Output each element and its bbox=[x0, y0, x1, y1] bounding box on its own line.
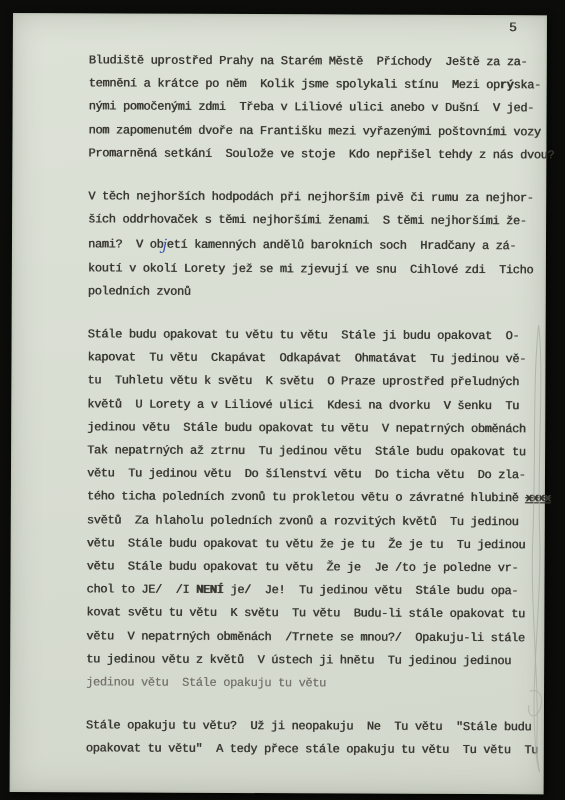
paragraph-4: Stále opakuju tu větu? Už ji neopakuju N… bbox=[86, 715, 565, 764]
paragraph-2: V těch nejhorších hodpodách při nejhorší… bbox=[88, 185, 565, 305]
typed-segment: etí kamenných andělů barokních soch Hrad… bbox=[167, 238, 516, 254]
typed-segment: opakovat tu větu" A tedy přece stále opa… bbox=[86, 742, 538, 758]
typed-line: nom zapomenutém dvoře na Františku mezi … bbox=[88, 119, 565, 144]
typed-segment: ších oddrhovaček s těmi nejhoršími ženam… bbox=[88, 213, 527, 229]
typed-segment: jedinou větu Stále budu opakovat tu větu… bbox=[87, 420, 526, 436]
typed-line: nými pomočenými zdmi Třeba v Liliové uli… bbox=[89, 96, 565, 121]
typed-segment: Bludiště uprostřed Prahy na Starém Městě… bbox=[89, 53, 528, 69]
typescript-page: 5 Bludiště uprostřed Prahy na Starém Měs… bbox=[10, 13, 547, 794]
typed-segment: NENÍ bbox=[196, 583, 223, 597]
typed-segment: Tak nepatrných až ztrnu Tu jedinou větu … bbox=[87, 443, 526, 459]
typed-line: Bludiště uprostřed Prahy na Starém Městě… bbox=[89, 49, 565, 74]
struck-out-text: xxxx bbox=[525, 492, 550, 506]
typed-segment: poledních zvonů bbox=[88, 284, 191, 298]
typed-line: jedinou větu Stále opakuju tu větu bbox=[86, 671, 565, 696]
typed-line: větu V nepatrných obměnách /Trnete se mn… bbox=[86, 625, 565, 650]
typescript-text: Bludiště uprostřed Prahy na Starém Městě… bbox=[86, 49, 565, 783]
typed-line: ších oddrhovaček s těmi nejhoršími ženam… bbox=[88, 209, 565, 234]
typed-line: větu Stále budu opakovat tu větu Že je J… bbox=[87, 555, 565, 580]
typed-line: tého ticha poledních zvonů tu prokletou … bbox=[87, 486, 565, 511]
typed-line: V těch nejhorších hodpodách při nejhorší… bbox=[88, 185, 565, 210]
typed-segment: chol to JE/ /I bbox=[86, 583, 196, 597]
typed-line: koutí v okolí Lorety jež se mi zjevují v… bbox=[88, 257, 565, 282]
typed-line: květů U Lorety a v Liliové ulici Kdesi n… bbox=[87, 393, 565, 418]
typed-segment: Promarněná setkání Soulože ve stoje Kdo … bbox=[88, 146, 554, 162]
typed-segment: je/ Je! Tu jedinou větu Stále budu opa- bbox=[223, 583, 518, 598]
typed-segment: jedinou větu Stále opakuju tu větu bbox=[86, 675, 326, 690]
typed-line: světů Za hlaholu poledních zvonů a rozvi… bbox=[87, 509, 565, 534]
typed-line: temnění a krátce po něm Kolik jsme spoly… bbox=[89, 73, 565, 98]
typed-segment: tu jedinou větu z květů V ústech ji hnět… bbox=[86, 652, 511, 668]
typed-segment: nami? V ob bbox=[88, 238, 163, 252]
page-number: 5 bbox=[509, 20, 517, 35]
typed-line: opakovat tu větu" A tedy přece stále opa… bbox=[86, 738, 565, 763]
typed-segment: V těch nejhorších hodpodách při nejhorší… bbox=[88, 189, 533, 205]
typed-segment: větu Stále budu opakovat tu větu že je t… bbox=[87, 536, 526, 552]
typed-segment: nými pomočenými zdmi Třeba v Liliové uli… bbox=[89, 100, 534, 116]
typed-line: Promarněná setkání Soulože ve stoje Kdo … bbox=[88, 142, 565, 167]
typed-segment: ska- bbox=[513, 78, 540, 92]
typed-segment: tu Tuhletu větu k světu K světu O Praze … bbox=[87, 374, 519, 390]
typed-line: chol to JE/ /I NENÍ je/ Je! Tu jedinou v… bbox=[86, 579, 565, 604]
handwritten-correction: j bbox=[162, 236, 166, 254]
typed-segment: větu V nepatrných obměnách /Trnete se mn… bbox=[86, 629, 525, 645]
typed-segment: tého ticha poledních zvonů tu prokletou … bbox=[87, 490, 526, 506]
typed-segment: větu Stále budu opakovat tu větu Že je J… bbox=[87, 559, 519, 575]
paragraph-1: Bludiště uprostřed Prahy na Starém Městě… bbox=[88, 49, 565, 167]
typed-line: větu Tu jedinou větu Do šílenství větu D… bbox=[87, 463, 565, 488]
typed-segment: větu Tu jedinou větu Do šílenství větu D… bbox=[87, 467, 526, 483]
typed-segment: rý bbox=[500, 78, 514, 92]
typed-line: Stále budu opakovat tu větu tu větu Stál… bbox=[88, 323, 565, 348]
typed-line: Stále opakuju tu větu? Už ji neopakuju N… bbox=[86, 715, 565, 740]
scanned-page-background: 5 Bludiště uprostřed Prahy na Starém Měs… bbox=[0, 0, 565, 800]
typed-segment: nom zapomenutém dvoře na Františku mezi … bbox=[88, 123, 540, 139]
typed-segment: světů Za hlaholu poledních zvonů a rozvi… bbox=[87, 513, 519, 529]
typed-line: tu jedinou větu z květů V ústech ji hnět… bbox=[86, 648, 565, 673]
typed-segment: temnění a krátce po něm Kolik jsme spoly… bbox=[89, 77, 500, 93]
typed-line: tu Tuhletu větu k světu K světu O Praze … bbox=[87, 370, 565, 395]
typed-line: Tak nepatrných až ztrnu Tu jedinou větu … bbox=[87, 439, 565, 464]
typed-line: kapovat Tu větu Ckapávat Odkapávat Ohmat… bbox=[87, 347, 565, 372]
paragraph-3: Stále budu opakovat tu větu tu větu Stál… bbox=[86, 323, 565, 696]
typed-line: nami? V objetí kamenných andělů barokníc… bbox=[88, 232, 565, 259]
typed-segment: Stále opakuju tu větu? Už ji neopakuju N… bbox=[86, 719, 531, 735]
typed-segment: květů U Lorety a v Liliové ulici Kdesi n… bbox=[87, 397, 519, 413]
typed-line: kovat světu tu větu K světu Tu větu Budu… bbox=[86, 602, 565, 627]
typed-segment: kapovat Tu větu Ckapávat Odkapávat Ohmat… bbox=[87, 351, 526, 367]
typed-line: jedinou větu Stále budu opakovat tu větu… bbox=[87, 416, 565, 441]
typed-segment: Stále budu opakovat tu větu tu větu Stál… bbox=[88, 327, 520, 343]
typed-segment: kovat světu tu větu K světu Tu větu Budu… bbox=[86, 606, 525, 622]
typed-line: poledních zvonů bbox=[88, 280, 565, 305]
typed-line: větu Stále budu opakovat tu větu že je t… bbox=[87, 532, 565, 557]
typed-segment: koutí v okolí Lorety jež se mi zjevují v… bbox=[88, 261, 533, 277]
